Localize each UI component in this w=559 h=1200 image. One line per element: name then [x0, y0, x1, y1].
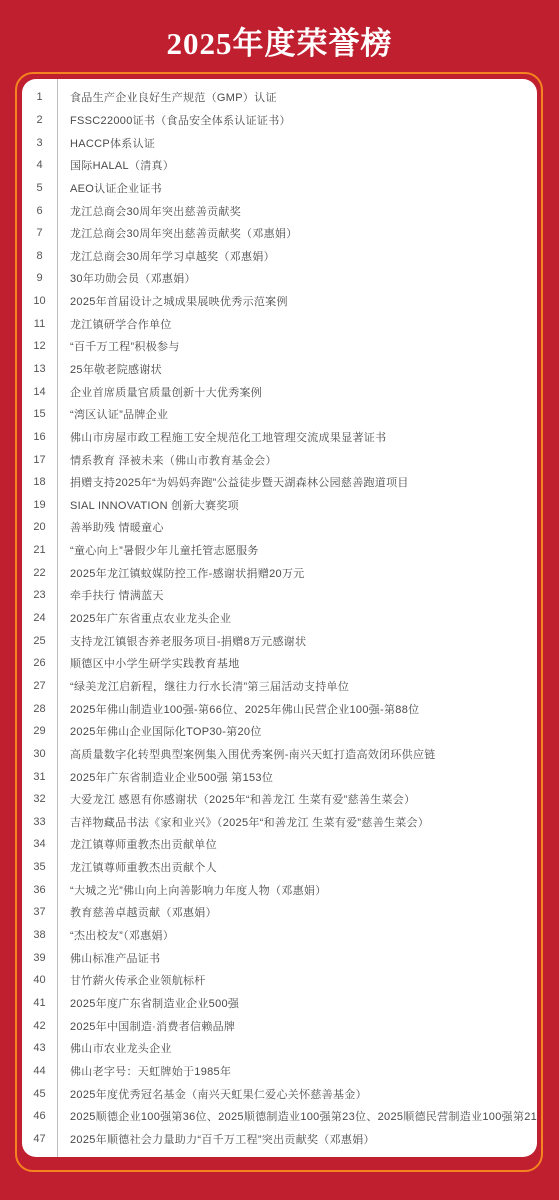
row-number: 6 — [22, 205, 57, 217]
honor-row: 44 佛山老字号：天虹牌始于1985年 — [22, 1060, 537, 1083]
row-number: 10 — [22, 295, 57, 307]
honor-row: 38 “杰出校友”（邓惠娟） — [22, 924, 537, 947]
honor-row: 16 佛山市房屋市政工程施工安全规范化工地管理交流成果显著证书 — [22, 426, 537, 449]
row-text: FSSC22000证书（食品安全体系认证证书） — [57, 112, 291, 128]
honor-row: 45 2025年度优秀冠名基金（南兴天虹果仁爱心关怀慈善基金） — [22, 1082, 537, 1105]
honor-row: 37 教育慈善卓越贡献（邓惠娟） — [22, 901, 537, 924]
row-number: 44 — [22, 1065, 57, 1077]
row-number: 3 — [22, 137, 57, 149]
honor-row: 13 25年敬老院感谢状 — [22, 358, 537, 381]
row-number: 37 — [22, 906, 57, 918]
row-text: 食品生产企业良好生产规范（GMP）认证 — [57, 89, 277, 105]
row-text: 龙江总商会30周年突出慈善贡献奖 — [57, 203, 241, 219]
row-text: 2025年度广东省制造业企业500强 — [57, 995, 239, 1011]
honor-row: 1 食品生产企业良好生产规范（GMP）认证 — [22, 86, 537, 109]
row-text: 教育慈善卓越贡献（邓惠娟） — [57, 904, 217, 920]
honor-row: 15 “湾区认证”品牌企业 — [22, 403, 537, 426]
row-number: 40 — [22, 974, 57, 986]
row-number: 23 — [22, 589, 57, 601]
header: 2025年度荣誉榜 — [0, 0, 559, 74]
honor-card: 1 食品生产企业良好生产规范（GMP）认证 2 FSSC22000证书（食品安全… — [22, 79, 537, 1157]
row-text: 佛山标准产品证书 — [57, 950, 160, 966]
row-text: 佛山市农业龙头企业 — [57, 1040, 172, 1056]
honor-row: 31 2025年广东省制造业企业500强 第153位 — [22, 765, 537, 788]
honor-row: 35 龙江镇尊师重教杰出贡献个人 — [22, 856, 537, 879]
row-text: “杰出校友”（邓惠娟） — [57, 927, 174, 943]
honor-row: 20 善举助残 情暖童心 — [22, 516, 537, 539]
row-number: 34 — [22, 838, 57, 850]
honor-row: 28 2025年佛山制造业100强-第66位、2025年佛山民营企业100强-第… — [22, 697, 537, 720]
row-number: 8 — [22, 250, 57, 262]
honor-row: 32 大爱龙江 感恩有你感谢状（2025年“和善龙江 生菜有爱”慈善生菜会） — [22, 788, 537, 811]
row-number: 43 — [22, 1042, 57, 1054]
page-title: 2025年度荣誉榜 — [167, 12, 393, 63]
honor-row: 8 龙江总商会30周年学习卓越奖（邓惠娟） — [22, 244, 537, 267]
row-number: 15 — [22, 408, 57, 420]
row-number: 28 — [22, 703, 57, 715]
honor-row: 43 佛山市农业龙头企业 — [22, 1037, 537, 1060]
row-text: SIAL INNOVATION 创新大赛奖项 — [57, 497, 239, 513]
row-number: 5 — [22, 182, 57, 194]
row-text: 牵手扶行 情满蓝天 — [57, 587, 164, 603]
row-text: 顺德区中小学生研学实践教育基地 — [57, 655, 240, 671]
honor-row: 22 2025年龙江镇蚊媒防控工作-感谢状捐赠20万元 — [22, 561, 537, 584]
honor-row: 30 高质量数字化转型典型案例集入围优秀案例-南兴天虹打造高效闭环供应链 — [22, 743, 537, 766]
row-text: 龙江总商会30周年学习卓越奖（邓惠娟） — [57, 248, 275, 264]
row-text: “大城之光”佛山向上向善影响力年度人物（邓惠娟） — [57, 882, 327, 898]
row-number: 38 — [22, 929, 57, 941]
honor-row: 19 SIAL INNOVATION 创新大赛奖项 — [22, 494, 537, 517]
row-number: 33 — [22, 816, 57, 828]
row-number: 32 — [22, 793, 57, 805]
row-text: 龙江镇尊师重教杰出贡献单位 — [57, 836, 217, 852]
row-text: 25年敬老院感谢状 — [57, 361, 162, 377]
row-number: 18 — [22, 476, 57, 488]
row-text: 企业首席质量官质量创新十大优秀案例 — [57, 384, 262, 400]
row-text: 2025年广东省制造业企业500强 第153位 — [57, 769, 273, 785]
honor-row: 14 企业首席质量官质量创新十大优秀案例 — [22, 380, 537, 403]
honor-row: 42 2025年中国制造·消费者信赖品牌 — [22, 1014, 537, 1037]
row-text: 甘竹薪火传承企业领航标杆 — [57, 972, 206, 988]
row-number: 42 — [22, 1020, 57, 1032]
row-text: 2025年佛山企业国际化TOP30-第20位 — [57, 723, 262, 739]
honor-row: 23 牵手扶行 情满蓝天 — [22, 584, 537, 607]
honor-row: 21 “童心向上”暑假少年儿童托管志愿服务 — [22, 539, 537, 562]
honor-row: 47 2025年顺德社会力量助力“百千万工程”突出贡献奖（邓惠娟） — [22, 1127, 537, 1150]
row-text: 2025年首届设计之城成果展映优秀示范案例 — [57, 293, 288, 309]
row-number: 16 — [22, 431, 57, 443]
row-number: 35 — [22, 861, 57, 873]
honor-row: 46 2025顺德企业100强第36位、2025顺德制造业100强第23位、20… — [22, 1105, 537, 1128]
row-number: 7 — [22, 227, 57, 239]
row-number: 41 — [22, 997, 57, 1009]
row-text: 吉祥物藏品书法《家和业兴》（2025年“和善龙江 生菜有爱”慈善生菜会） — [57, 814, 429, 830]
row-text: “湾区认证”品牌企业 — [57, 406, 168, 422]
honor-row: 5 AEO认证企业证书 — [22, 177, 537, 200]
honor-row: 2 FSSC22000证书（食品安全体系认证证书） — [22, 109, 537, 132]
row-text: 国际HALAL（清真） — [57, 157, 174, 173]
row-number: 29 — [22, 725, 57, 737]
row-number: 21 — [22, 544, 57, 556]
honor-row: 24 2025年广东省重点农业龙头企业 — [22, 607, 537, 630]
row-number: 17 — [22, 454, 57, 466]
row-number: 4 — [22, 159, 57, 171]
row-number: 25 — [22, 635, 57, 647]
row-text: 2025年顺德社会力量助力“百千万工程”突出贡献奖（邓惠娟） — [57, 1131, 375, 1147]
row-text: “童心向上”暑假少年儿童托管志愿服务 — [57, 542, 259, 558]
row-number: 1 — [22, 91, 57, 103]
row-text: “绿美龙江启新程，继往力行水长清”第三届活动支持单位 — [57, 678, 349, 694]
row-text: 2025年度优秀冠名基金（南兴天虹果仁爱心关怀慈善基金） — [57, 1086, 367, 1102]
honor-row: 3 HACCP体系认证 — [22, 131, 537, 154]
row-text: 龙江总商会30周年突出慈善贡献奖（邓惠娟） — [57, 225, 298, 241]
row-text: 佛山老字号：天虹牌始于1985年 — [57, 1063, 231, 1079]
row-number: 46 — [22, 1110, 57, 1122]
row-number: 9 — [22, 272, 57, 284]
honor-row: 6 龙江总商会30周年突出慈善贡献奖 — [22, 199, 537, 222]
row-number: 27 — [22, 680, 57, 692]
row-number: 26 — [22, 657, 57, 669]
honor-row: 27 “绿美龙江启新程，继往力行水长清”第三届活动支持单位 — [22, 675, 537, 698]
honor-row: 25 支持龙江镇银杏养老服务项目-捐赠8万元感谢状 — [22, 629, 537, 652]
row-number: 2 — [22, 114, 57, 126]
honor-row: 12 “百千万工程”积极参与 — [22, 335, 537, 358]
row-number: 45 — [22, 1088, 57, 1100]
row-text: “百千万工程”积极参与 — [57, 338, 180, 354]
row-number: 24 — [22, 612, 57, 624]
row-number: 47 — [22, 1133, 57, 1145]
row-text: 佛山市房屋市政工程施工安全规范化工地管理交流成果显著证书 — [57, 429, 386, 445]
row-number: 31 — [22, 771, 57, 783]
honor-row: 4 国际HALAL（清真） — [22, 154, 537, 177]
row-text: 捐赠支持2025年“为妈妈奔跑”公益徒步暨天湖森林公园慈善跑道项目 — [57, 474, 409, 490]
row-text: 高质量数字化转型典型案例集入围优秀案例-南兴天虹打造高效闭环供应链 — [57, 746, 436, 762]
honor-row: 40 甘竹薪火传承企业领航标杆 — [22, 969, 537, 992]
honor-row: 10 2025年首届设计之城成果展映优秀示范案例 — [22, 290, 537, 313]
row-number: 30 — [22, 748, 57, 760]
row-number: 14 — [22, 386, 57, 398]
row-text: 2025年佛山制造业100强-第66位、2025年佛山民营企业100强-第88位 — [57, 701, 419, 717]
row-text: 2025年中国制造·消费者信赖品牌 — [57, 1018, 235, 1034]
row-text: 支持龙江镇银杏养老服务项目-捐赠8万元感谢状 — [57, 633, 306, 649]
row-text: 龙江镇研学合作单位 — [57, 316, 172, 332]
row-text: 大爱龙江 感恩有你感谢状（2025年“和善龙江 生菜有爱”慈善生菜会） — [57, 791, 415, 807]
honor-row: 11 龙江镇研学合作单位 — [22, 312, 537, 335]
honor-row: 29 2025年佛山企业国际化TOP30-第20位 — [22, 720, 537, 743]
row-text: 情系教育 泽被未来（佛山市教育基金会） — [57, 452, 277, 468]
row-number: 11 — [22, 318, 57, 330]
honor-row: 9 30年功勋会员（邓惠娟） — [22, 267, 537, 290]
row-text: AEO认证企业证书 — [57, 180, 162, 196]
honor-row: 18 捐赠支持2025年“为妈妈奔跑”公益徒步暨天湖森林公园慈善跑道项目 — [22, 471, 537, 494]
row-text: 2025年龙江镇蚊媒防控工作-感谢状捐赠20万元 — [57, 565, 305, 581]
honor-row: 7 龙江总商会30周年突出慈善贡献奖（邓惠娟） — [22, 222, 537, 245]
row-number: 39 — [22, 952, 57, 964]
honor-row: 17 情系教育 泽被未来（佛山市教育基金会） — [22, 448, 537, 471]
honor-row: 26 顺德区中小学生研学实践教育基地 — [22, 652, 537, 675]
honor-list: 1 食品生产企业良好生产规范（GMP）认证 2 FSSC22000证书（食品安全… — [22, 79, 537, 1157]
honor-row: 41 2025年度广东省制造业企业500强 — [22, 992, 537, 1015]
row-number: 12 — [22, 340, 57, 352]
honor-row: 33 吉祥物藏品书法《家和业兴》（2025年“和善龙江 生菜有爱”慈善生菜会） — [22, 811, 537, 834]
row-text: 2025顺德企业100强第36位、2025顺德制造业100强第23位、2025顺… — [57, 1108, 537, 1124]
row-text: 30年功勋会员（邓惠娟） — [57, 270, 196, 286]
row-number: 22 — [22, 567, 57, 579]
row-number: 20 — [22, 521, 57, 533]
row-number: 19 — [22, 499, 57, 511]
row-text: HACCP体系认证 — [57, 135, 155, 151]
row-number: 13 — [22, 363, 57, 375]
honor-row: 39 佛山标准产品证书 — [22, 946, 537, 969]
row-text: 龙江镇尊师重教杰出贡献个人 — [57, 859, 217, 875]
row-text: 2025年广东省重点农业龙头企业 — [57, 610, 231, 626]
honor-row: 34 龙江镇尊师重教杰出贡献单位 — [22, 833, 537, 856]
honor-row: 36 “大城之光”佛山向上向善影响力年度人物（邓惠娟） — [22, 878, 537, 901]
row-text: 善举助残 情暖童心 — [57, 519, 164, 535]
row-number: 36 — [22, 884, 57, 896]
